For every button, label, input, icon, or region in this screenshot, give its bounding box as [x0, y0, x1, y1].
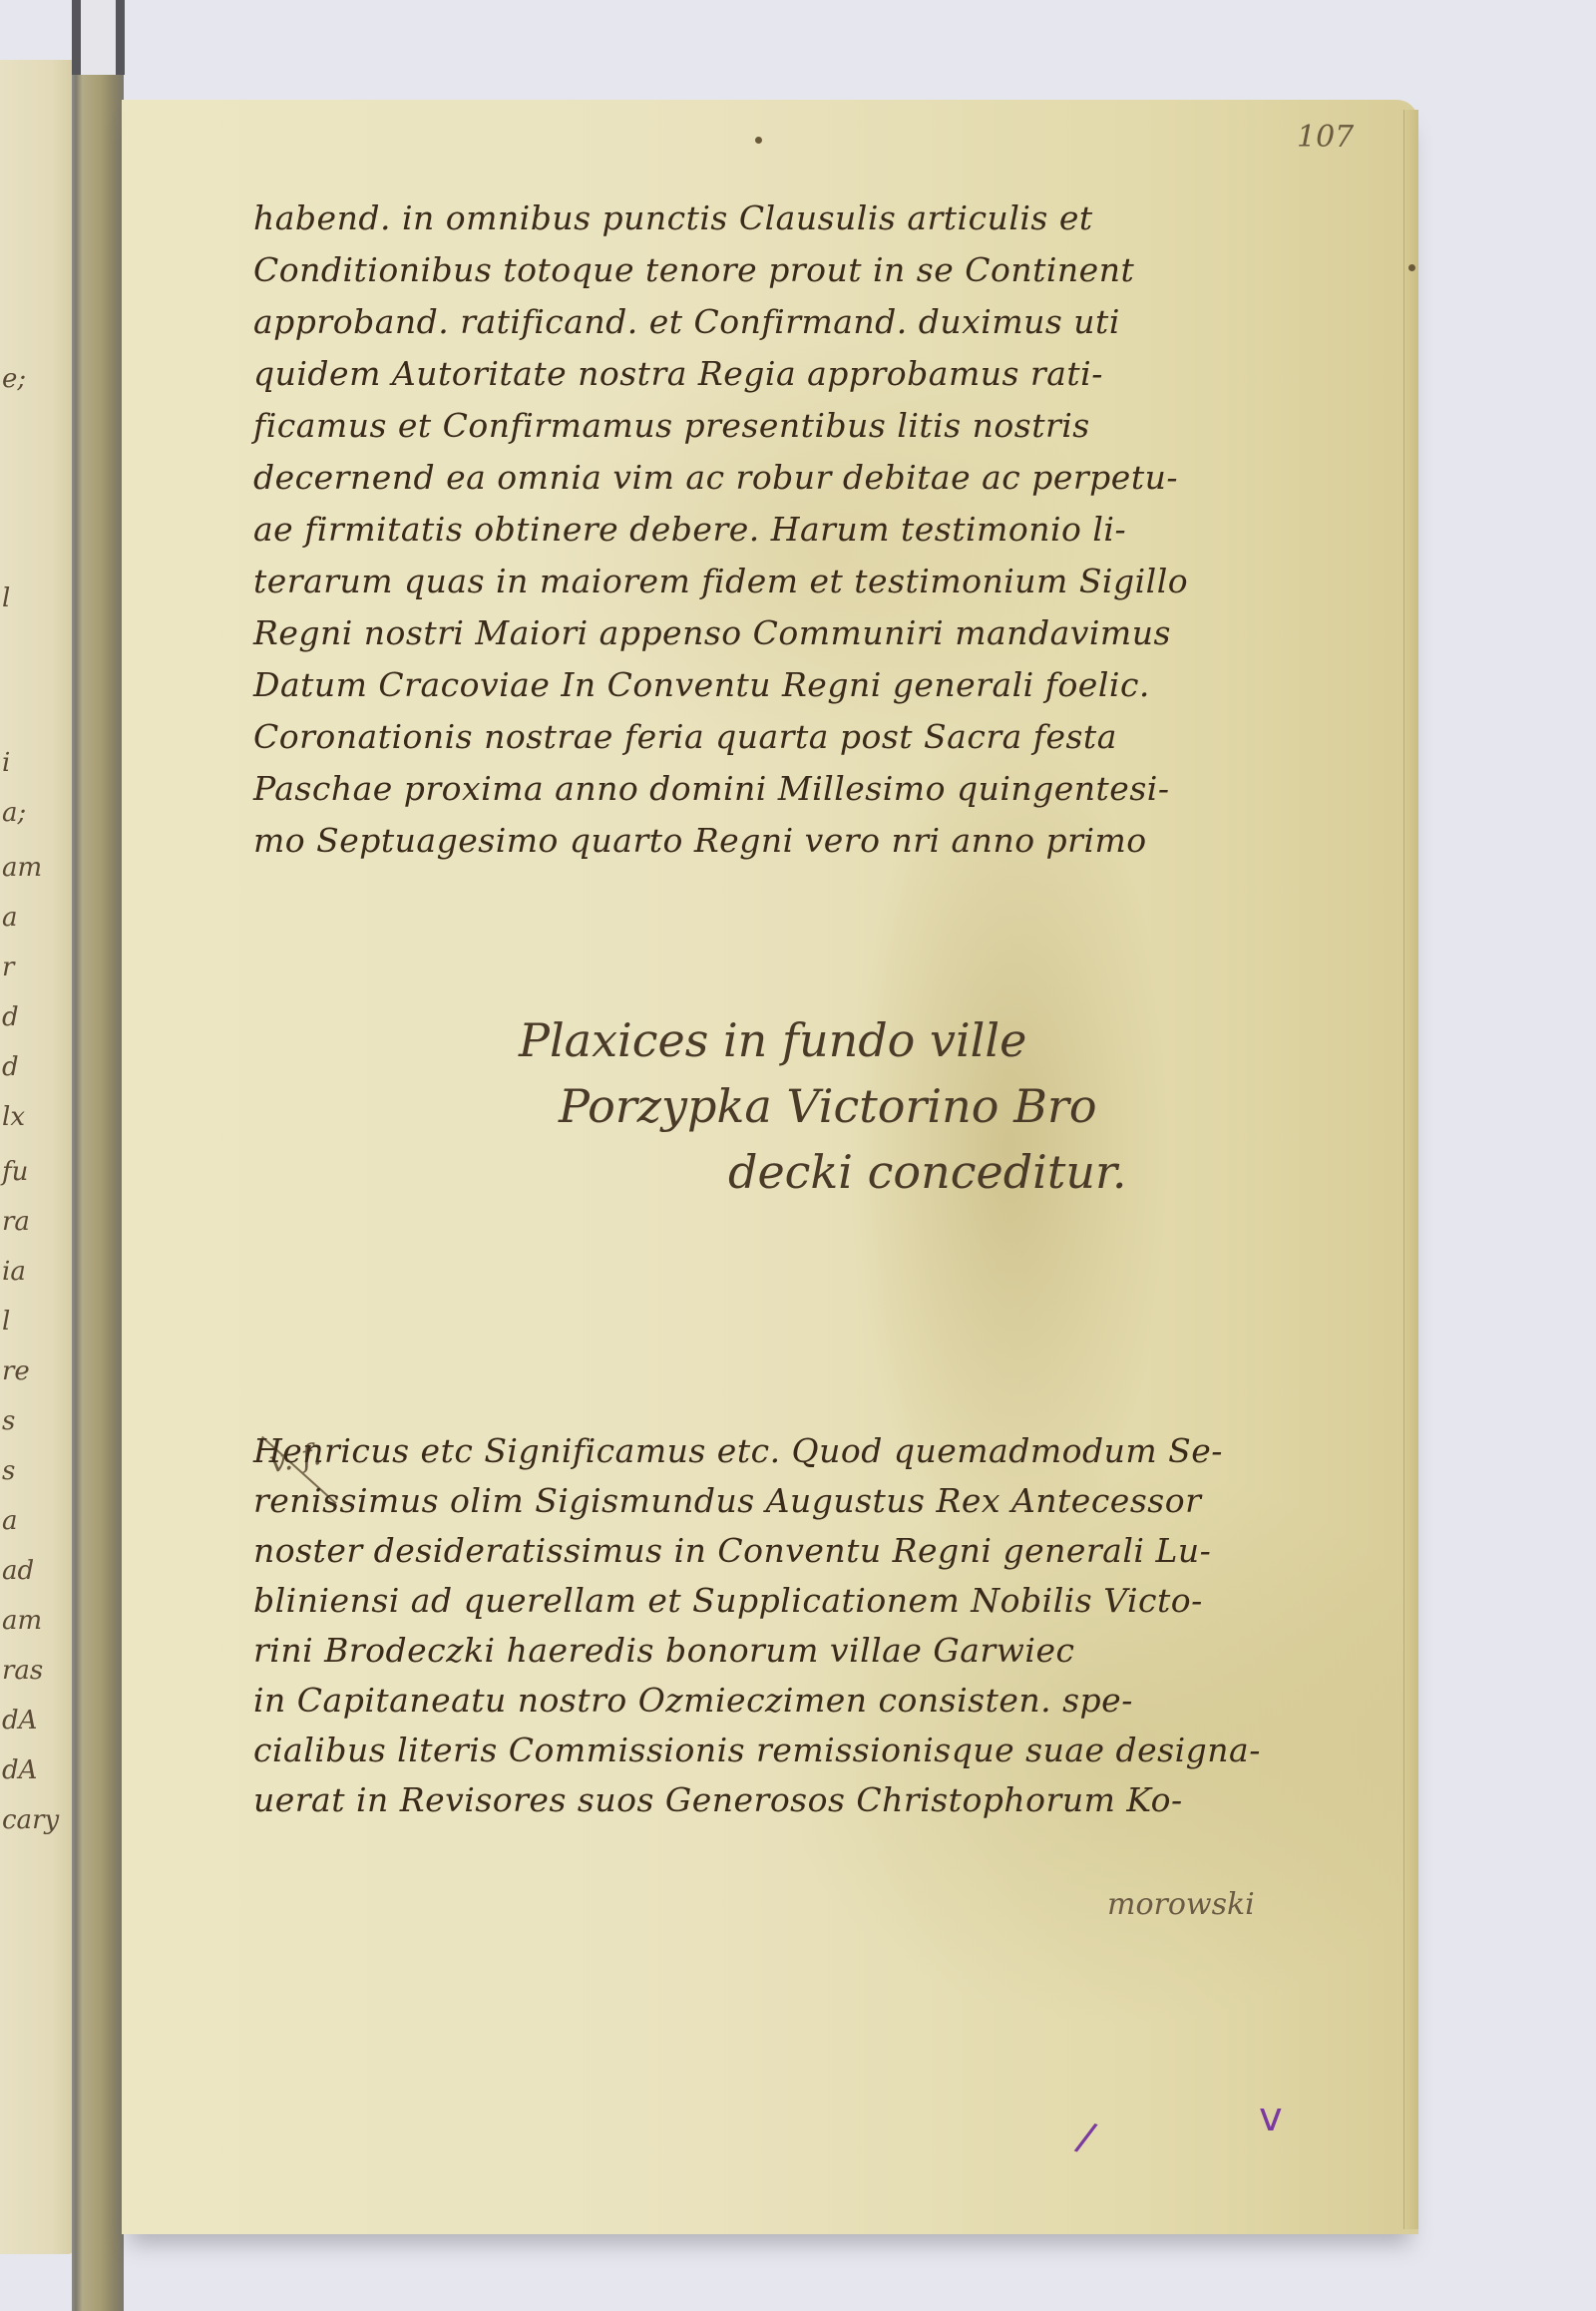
text-line: ficamus et Confirmamus presentibus litis… — [253, 400, 1188, 452]
text-line: habend. in omnibus punctis Clausulis art… — [253, 193, 1188, 244]
folio-number: 107 — [1297, 120, 1354, 155]
book-spine-clip — [72, 0, 124, 75]
fragment: l — [2, 583, 10, 613]
text-line: Paschae proxima anno domini Millesimo qu… — [253, 763, 1188, 815]
fragment: re — [2, 1356, 30, 1386]
text-line: approband. ratificand. et Confirmand. du… — [253, 296, 1188, 348]
fragment: am — [2, 1606, 42, 1636]
catchword-signature: morowski — [1107, 1887, 1255, 1922]
pencil-mark-check: v — [1259, 2095, 1283, 2140]
note-line: decki conceditur. — [728, 1139, 1127, 1205]
page-edge — [1403, 110, 1418, 2229]
text-line: ae firmitatis obtinere debere. Harum tes… — [253, 504, 1188, 556]
text-line: terarum quas in maiorem fidem et testimo… — [253, 556, 1188, 607]
note-line: Porzypka Victorino Bro — [559, 1073, 1127, 1139]
text-line: cialibus literis Commissionis remissioni… — [253, 1726, 1261, 1775]
main-text-paragraph-1: habend. in omnibus punctis Clausulis art… — [253, 193, 1188, 867]
ink-spot — [755, 137, 762, 144]
fragment: ra — [2, 1207, 30, 1237]
marginal-note-heading: Plaxices in fundo ville Porzypka Victori… — [519, 1007, 1127, 1205]
text-line: Henricus etc Significamus etc. Quod quem… — [253, 1426, 1261, 1476]
book-gutter — [72, 0, 124, 2311]
text-line: in Capitaneatu nostro Ozmieczimen consis… — [253, 1676, 1261, 1726]
note-line: Plaxices in fundo ville — [519, 1007, 1127, 1073]
fragment: ad — [2, 1556, 34, 1586]
text-line: Coronationis nostrae feria quarta post S… — [253, 711, 1188, 763]
text-line: renissimus olim Sigismundus Augustus Rex… — [253, 1476, 1261, 1526]
fragment: s — [2, 1456, 15, 1486]
text-line: rini Brodeczki haeredis bonorum villae G… — [253, 1626, 1261, 1676]
main-text-paragraph-2: Henricus etc Significamus etc. Quod quem… — [253, 1426, 1261, 1825]
text-line: mo Septuagesimo quarto Regni vero nri an… — [253, 815, 1188, 867]
fragment: dA — [2, 1706, 37, 1735]
fragment: dA — [2, 1755, 37, 1785]
fragment: i — [2, 748, 10, 778]
fragment: d — [2, 1002, 19, 1032]
fragment: l — [2, 1307, 10, 1337]
fragment: a — [2, 1506, 18, 1536]
text-line: uerat in Revisores suos Generosos Christ… — [253, 1775, 1261, 1825]
fragment: s — [2, 1406, 15, 1436]
fragment: d — [2, 1052, 19, 1082]
fragment: a; — [2, 798, 26, 828]
fragment: a — [2, 903, 18, 933]
fragment: r — [2, 953, 14, 982]
fragment: cary — [2, 1805, 59, 1835]
text-line: quidem Autoritate nostra Regia approbamu… — [253, 348, 1188, 400]
text-line: noster desideratissimus in Conventu Regn… — [253, 1526, 1261, 1576]
fragment: am — [2, 853, 42, 883]
stain-spot — [1408, 264, 1415, 271]
left-page-text-fragments: e; l i a; am a r d d lx fu ra ia l re s … — [0, 60, 74, 2254]
fragment: ras — [2, 1656, 43, 1686]
fragment: ia — [2, 1257, 26, 1287]
fragment: lx — [2, 1102, 25, 1132]
text-line: Datum Cracoviae In Conventu Regni genera… — [253, 659, 1188, 711]
fragment: e; — [2, 364, 26, 394]
fragment: fu — [2, 1157, 28, 1187]
facing-left-page: e; l i a; am a r d d lx fu ra ia l re s … — [0, 60, 74, 2254]
text-line: bliniensi ad querellam et Supplicationem… — [253, 1576, 1261, 1626]
text-line: decernend ea omnia vim ac robur debitae … — [253, 452, 1188, 504]
text-line: Conditionibus totoque tenore prout in se… — [253, 244, 1188, 296]
text-line: Regni nostri Maiori appenso Communiri ma… — [253, 607, 1188, 659]
